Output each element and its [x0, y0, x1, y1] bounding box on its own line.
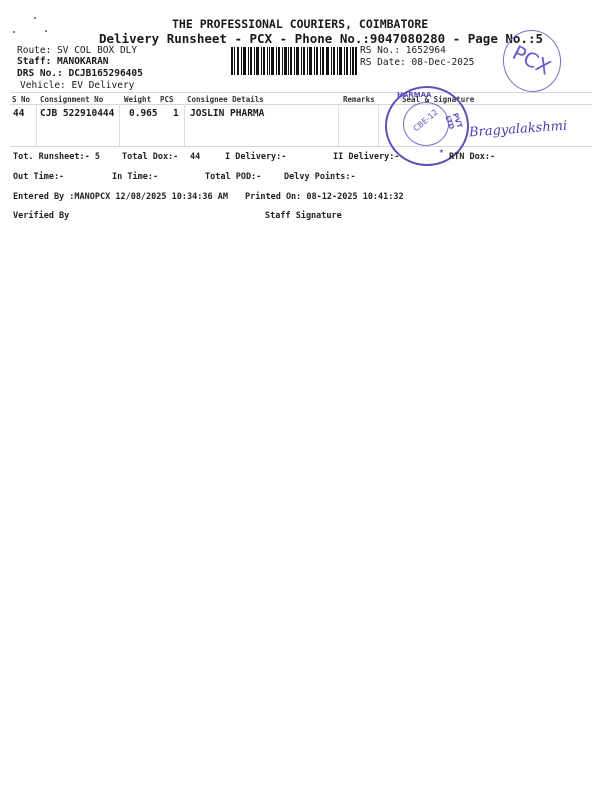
table-header-border — [10, 104, 592, 105]
col-header-weight: Weight — [124, 95, 151, 104]
staff-signature: Staff Signature — [265, 211, 342, 221]
cell-weight: 0.965 — [129, 108, 158, 119]
table-col-divider — [378, 104, 379, 146]
total-pod: Total POD:- — [205, 172, 261, 182]
star-icon: ★ — [439, 146, 444, 155]
col-header-sno: S No — [12, 95, 30, 104]
col-header-consignment: Consignment No — [40, 95, 103, 104]
scan-speck — [45, 30, 47, 32]
cell-pcs: 1 — [173, 108, 179, 119]
entered-by: Entered By :MANOPCX 12/08/2025 10:34:36 … — [13, 192, 228, 202]
cell-sno: 44 — [13, 108, 24, 119]
vehicle-label: Vehicle: EV Delivery — [20, 80, 134, 91]
table-col-divider — [36, 104, 37, 146]
rtn-dox: RTN Dox:- — [449, 152, 495, 162]
pcx-stamp-text: PCX — [509, 40, 555, 79]
company-title: THE PROFESSIONAL COURIERS, COIMBATORE — [172, 17, 428, 31]
table-bottom-border — [10, 146, 592, 147]
rs-number: RS No.: 1652964 — [360, 45, 446, 56]
rs-date: RS Date: 08-Dec-2025 — [360, 57, 474, 68]
out-time: Out Time:- — [13, 172, 64, 182]
total-dox-value: 44 — [190, 152, 200, 162]
printed-on: Printed On: 08-12-2025 10:41:32 — [245, 192, 404, 202]
cell-consignee: JOSLIN PHARMA — [190, 108, 264, 119]
drs-number: DRS No.: DCJB165296405 — [17, 68, 143, 79]
scan-speck — [34, 17, 36, 19]
seal-ring-text: PVT LTD — [443, 112, 466, 140]
table-top-border — [10, 92, 592, 93]
in-time: In Time:- — [112, 172, 158, 182]
tot-runsheet: Tot. Runsheet:- 5 — [13, 152, 100, 162]
scan-speck — [13, 31, 15, 33]
col-header-pcs: PCS — [160, 95, 174, 104]
runsheet-subtitle: Delivery Runsheet - PCX - Phone No.:9047… — [99, 31, 543, 46]
total-dox-label: Total Dox:- — [122, 152, 178, 162]
staff-label: Staff: MANOKARAN — [17, 56, 109, 67]
delvy-points: Delvy Points:- — [284, 172, 356, 182]
seal-ring-text: HARMAA — [397, 91, 431, 99]
table-col-divider — [338, 104, 339, 146]
route-label: Route: SV COL BOX DLY — [17, 45, 137, 56]
i-delivery: I Delivery:- — [225, 152, 286, 162]
ii-delivery: II Delivery:- — [333, 152, 400, 162]
table-col-divider — [119, 104, 120, 146]
col-header-remarks: Remarks — [343, 95, 375, 104]
barcode-image — [231, 47, 357, 75]
table-col-divider — [184, 104, 185, 146]
verified-by: Verified By — [13, 211, 69, 221]
handwritten-signature: Bragyalakshmi — [469, 119, 568, 141]
col-header-consignee: Consignee Details — [187, 95, 264, 104]
cell-consignment-no: CJB 522910444 — [40, 108, 114, 119]
